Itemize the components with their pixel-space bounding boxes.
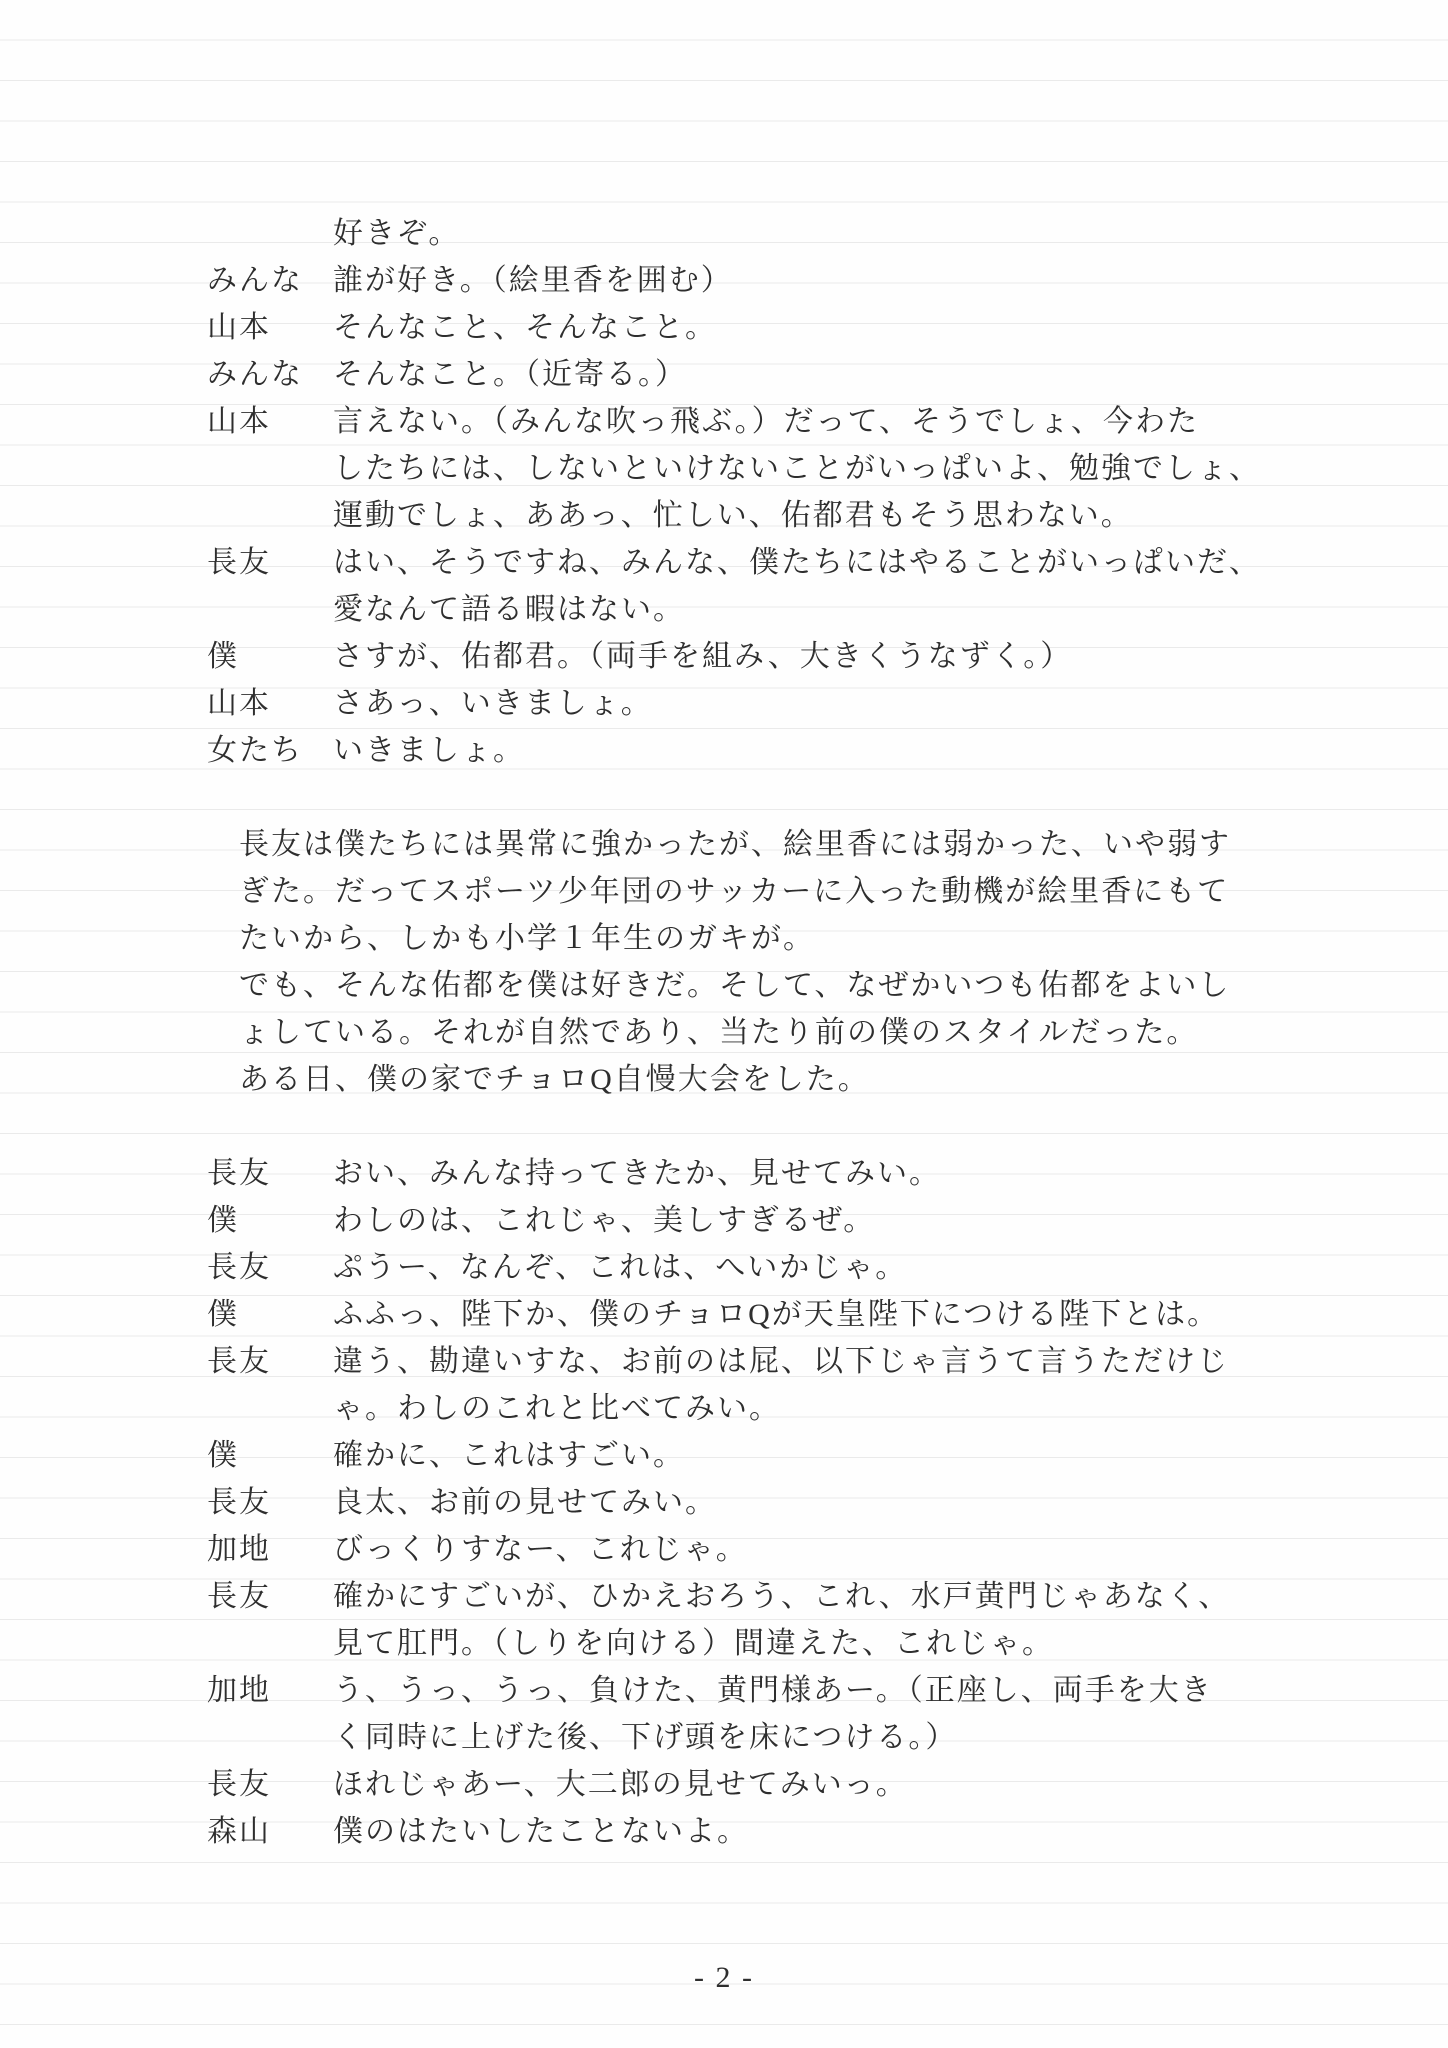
line-text: おい、みんな持ってきたか、見せてみい。 (333, 1157, 941, 1190)
script-line: 長友おい、みんな持ってきたか、見せてみい。 (207, 1150, 1448, 1197)
line-text: さあっ、いきましょ。 (333, 687, 653, 720)
speaker-name: 僕 (207, 1432, 333, 1479)
line-text: そんなこと、そんなこと。 (333, 311, 717, 344)
line-text: ふふっ、陛下か、僕のチョロQが天皇陛下につける陛下とは。 (333, 1298, 1219, 1331)
speaker-name: 僕 (207, 633, 333, 680)
speaker-name: 長友 (207, 1150, 333, 1197)
line-text: う、うっ、うっ、負けた、黄門様あー。（正座し、両手を大き (333, 1674, 1213, 1707)
line-text: く同時に上げた後、下げ頭を床につける。） (333, 1721, 957, 1754)
line-text: たいから、しかも小学１年生のガキが。 (239, 922, 815, 955)
line-text: 確かにすごいが、ひかえおろう、これ、水戸黄門じゃあなく、 (333, 1580, 1230, 1613)
script-line: 長友良太、お前の見せてみい。 (207, 1479, 1448, 1526)
line-text: 確かに、これはすごい。 (333, 1439, 685, 1472)
script-line: 僕さすが、佑都君。（両手を組み、大きくうなずく。） (207, 633, 1448, 680)
line-text: いきましょ。 (333, 734, 525, 767)
script-line: 山本さあっ、いきましょ。 (207, 680, 1448, 727)
script-line: みんな誰が好き。（絵里香を囲む） (207, 257, 1448, 304)
page-footer: - 2 - (0, 1954, 1448, 2001)
line-text: 違う、勘違いすな、お前のは屁、以下じゃ言うて言うただけじ (333, 1345, 1229, 1378)
spacer-block (207, 1103, 1448, 1150)
script-line: 見て肛門。（しりを向ける）間違えた、これじゃ。 (207, 1620, 1448, 1667)
script-line: 長友ぷうー、なんぞ、これは、へいかじゃ。 (207, 1244, 1448, 1291)
line-text: 良太、お前の見せてみい。 (333, 1486, 717, 1519)
line-text: はい、そうですね、みんな、僕たちにはやることがいっぱいだ、 (333, 546, 1261, 579)
spacer-block (207, 774, 1448, 821)
script-line: 長友確かにすごいが、ひかえおろう、これ、水戸黄門じゃあなく、 (207, 1573, 1448, 1620)
speaker-name: みんな (207, 351, 333, 398)
script-line: く同時に上げた後、下げ頭を床につける。） (207, 1714, 1448, 1761)
dialogue-block: 好きぞ。 みんな誰が好き。（絵里香を囲む） 山本そんなこと、そんなこと。 みんな… (207, 210, 1448, 774)
script-line: みんなそんなこと。（近寄る。） (207, 351, 1448, 398)
script-line: 長友ほれじゃあー、大二郎の見せてみいっ。 (207, 1761, 1448, 1808)
script-line: 加地びっくりすなー、これじゃ。 (207, 1526, 1448, 1573)
script-line: 僕わしのは、これじゃ、美しすぎるぜ。 (207, 1197, 1448, 1244)
line-text: 好きぞ。 (333, 217, 460, 250)
line-text: ぎた。だってスポーツ少年団のサッカーに入った動機が絵里香にもて (239, 875, 1229, 908)
script-line: 長友違う、勘違いすな、お前のは屁、以下じゃ言うて言うただけじ (207, 1338, 1448, 1385)
speaker-name: 女たち (207, 727, 333, 774)
line-text: でも、そんな佑都を僕は好きだ。そして、なぜかいつも佑都をよいし (239, 969, 1230, 1002)
script-line: 森山僕のはたいしたことないよ。 (207, 1808, 1448, 1855)
speaker-name: 長友 (207, 1479, 333, 1526)
script-line: 加地う、うっ、うっ、負けた、黄門様あー。（正座し、両手を大き (207, 1667, 1448, 1714)
line-text: ぷうー、なんぞ、これは、へいかじゃ。 (333, 1251, 907, 1284)
line-text: 言えない。（みんな吹っ飛ぶ。）だって、そうでしょ、今わた (333, 405, 1199, 438)
line-text: そんなこと。（近寄る。） (333, 358, 687, 391)
script-body: 好きぞ。 みんな誰が好き。（絵里香を囲む） 山本そんなこと、そんなこと。 みんな… (207, 210, 1448, 1855)
line-text: 僕のはたいしたことないよ。 (333, 1815, 749, 1848)
line-text: 見て肛門。（しりを向ける）間違えた、これじゃ。 (333, 1627, 1054, 1660)
script-line: ゃ。わしのこれと比べてみい。 (207, 1385, 1448, 1432)
speaker-name: 加地 (207, 1526, 333, 1573)
script-line: 山本そんなこと、そんなこと。 (207, 304, 1448, 351)
speaker-name: 山本 (207, 304, 333, 351)
blank-line (207, 1103, 1448, 1150)
line-text: ほれじゃあー、大二郎の見せてみいっ。 (333, 1768, 908, 1801)
line-text: さすが、佑都君。（両手を組み、大きくうなずく。） (333, 640, 1072, 673)
narration-line: 長友は僕たちには異常に強かったが、絵里香には弱かった、いや弱す (207, 821, 1448, 868)
document-page: 好きぞ。 みんな誰が好き。（絵里香を囲む） 山本そんなこと、そんなこと。 みんな… (0, 0, 1448, 2048)
narration-line: ある日、僕の家でチョロQ自慢大会をした。 (207, 1056, 1448, 1103)
script-line: 好きぞ。 (207, 210, 1448, 257)
line-text: 長友は僕たちには異常に強かったが、絵里香には弱かった、いや弱す (239, 828, 1231, 861)
script-line: したちには、しないといけないことがいっぱいよ、勉強でしょ、 (207, 445, 1448, 492)
line-text: ゃ。わしのこれと比べてみい。 (333, 1392, 781, 1425)
narrative-block: 長友は僕たちには異常に強かったが、絵里香には弱かった、いや弱す ぎた。だってスポ… (207, 821, 1448, 1103)
speaker-name: 長友 (207, 1338, 333, 1385)
speaker-name: 長友 (207, 539, 333, 586)
blank-line (207, 774, 1448, 821)
speaker-name: 加地 (207, 1667, 333, 1714)
script-line: 僕確かに、これはすごい。 (207, 1432, 1448, 1479)
script-line: 長友はい、そうですね、みんな、僕たちにはやることがいっぱいだ、 (207, 539, 1448, 586)
line-text: したちには、しないといけないことがいっぱいよ、勉強でしょ、 (333, 452, 1261, 485)
narration-line: でも、そんな佑都を僕は好きだ。そして、なぜかいつも佑都をよいし (207, 962, 1448, 1009)
speaker-name: 山本 (207, 398, 333, 445)
narration-line: たいから、しかも小学１年生のガキが。 (207, 915, 1448, 962)
narration-line: ぎた。だってスポーツ少年団のサッカーに入った動機が絵里香にもて (207, 868, 1448, 915)
line-text: 誰が好き。（絵里香を囲む） (333, 264, 733, 297)
script-line: 女たちいきましょ。 (207, 727, 1448, 774)
narration-line: ょしている。それが自然であり、当たり前の僕のスタイルだった。 (207, 1009, 1448, 1056)
line-text: ある日、僕の家でチョロQ自慢大会をした。 (239, 1063, 870, 1096)
script-line: 愛なんて語る暇はない。 (207, 586, 1448, 633)
dialogue-block: 長友おい、みんな持ってきたか、見せてみい。 僕わしのは、これじゃ、美しすぎるぜ。… (207, 1150, 1448, 1855)
speaker-name: 森山 (207, 1808, 333, 1855)
speaker-name: 長友 (207, 1244, 333, 1291)
speaker-name: 山本 (207, 680, 333, 727)
script-line: 運動でしょ、ああっ、忙しい、佑都君もそう思わない。 (207, 492, 1448, 539)
line-text: 運動でしょ、ああっ、忙しい、佑都君もそう思わない。 (333, 499, 1133, 532)
speaker-name: 僕 (207, 1197, 333, 1244)
page-number: - 2 - (694, 1961, 754, 1994)
speaker-name: 長友 (207, 1761, 333, 1808)
line-text: ょしている。それが自然であり、当たり前の僕のスタイルだった。 (239, 1016, 1198, 1049)
speaker-name: みんな (207, 257, 333, 304)
script-line: 僕ふふっ、陛下か、僕のチョロQが天皇陛下につける陛下とは。 (207, 1291, 1448, 1338)
line-text: びっくりすなー、これじゃ。 (333, 1533, 748, 1566)
line-text: わしのは、これじゃ、美しすぎるぜ。 (333, 1204, 875, 1237)
speaker-name: 長友 (207, 1573, 333, 1620)
speaker-name: 僕 (207, 1291, 333, 1338)
line-text: 愛なんて語る暇はない。 (333, 593, 685, 626)
script-line: 山本言えない。（みんな吹っ飛ぶ。）だって、そうでしょ、今わた (207, 398, 1448, 445)
